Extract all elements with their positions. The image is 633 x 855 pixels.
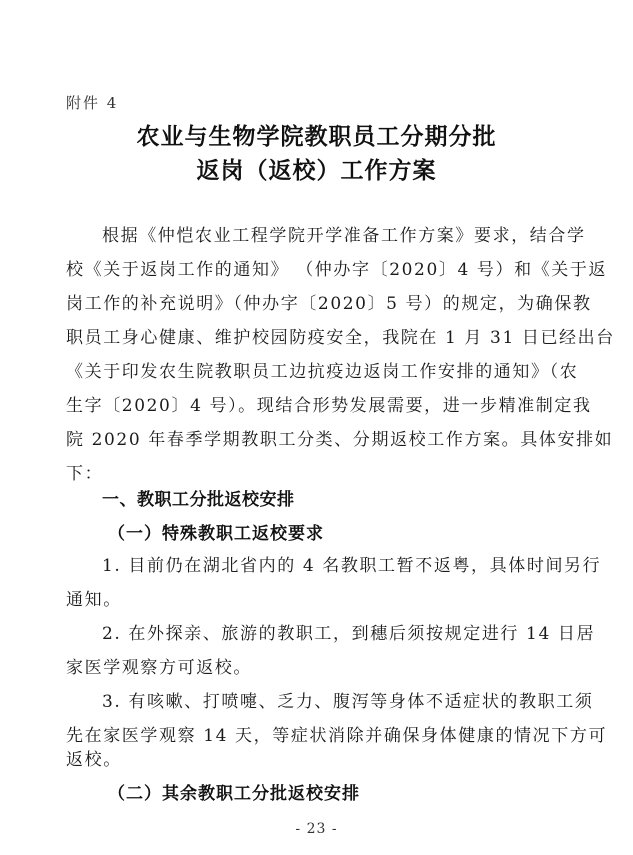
page-number: - 23 - <box>0 821 633 837</box>
list-item-line: 通知。 <box>66 585 122 610</box>
list-item-line: 先在家医学观察 14 天，等症状消除并确保身体健康的情况下方可 <box>66 721 607 746</box>
attachment-label: 附件 4 <box>66 92 118 113</box>
intro-line: 院 2020 年春季学期教职工分类、分期返校工作方案。具体安排如 <box>66 425 613 450</box>
subsection-heading: （一）特殊教职工返校要求 <box>108 519 324 544</box>
section-heading: 一、教职工分批返校安排 <box>102 485 295 510</box>
document-title-line-2: 返岗（返校）工作方案 <box>0 152 633 185</box>
intro-line: 生字〔2020〕4 号）。现结合形势发展需要，进一步精准制定我 <box>66 391 592 416</box>
intro-line: 岗工作的补充说明》（仲办字〔2020〕5 号）的规定，为确保教 <box>66 289 592 314</box>
intro-line: 根据《仲恺农业工程学院开学准备工作方案》要求，结合学 <box>102 221 586 246</box>
intro-line: 下： <box>66 459 103 484</box>
document-title-line-1: 农业与生物学院教职员工分期分批 <box>0 118 633 151</box>
list-item-line: 返校。 <box>66 745 122 770</box>
list-item-line: 1. 目前仍在湖北省内的 4 名教职工暂不返粤，具体时间另行 <box>102 551 601 576</box>
list-item-line: 2. 在外探亲、旅游的教职工，到穗后须按规定进行 14 日居 <box>102 619 595 644</box>
intro-line: 职员工身心健康、维护校园防疫安全，我院在 1 月 31 日已经出台 <box>66 323 615 348</box>
intro-line: 《关于印发农生院教职员工边抗疫边返岗工作安排的通知》（农 <box>66 357 578 382</box>
list-item-line: 3. 有咳嗽、打喷嚏、乏力、腹泻等身体不适症状的教职工须 <box>102 687 593 712</box>
list-item-line: 家医学观察方可返校。 <box>66 653 252 678</box>
subsection-heading: （二）其余教职工分批返校安排 <box>108 779 360 804</box>
intro-line: 校《关于返岗工作的通知》 （仲办字〔2020〕4 号）和《关于返 <box>66 255 607 280</box>
